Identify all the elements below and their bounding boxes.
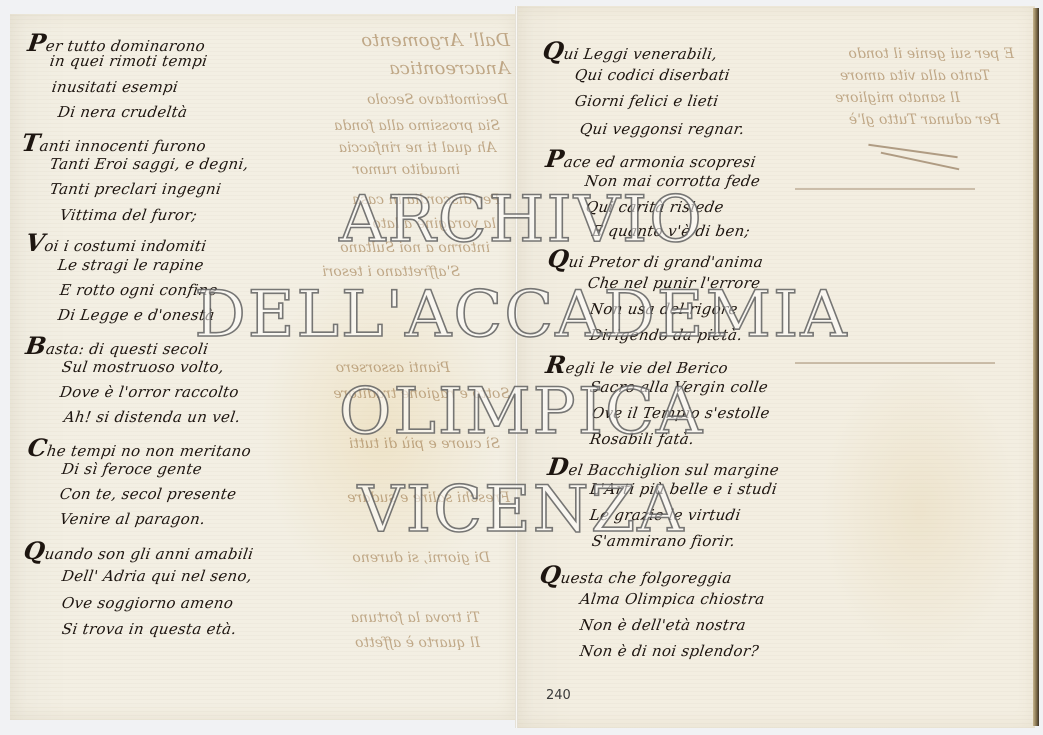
poem-line: Con te, secol presente <box>59 485 238 503</box>
poem-line: Tanti innocenti furono <box>20 128 209 157</box>
poem-line: Non è di noi splendor? <box>579 642 760 660</box>
margin-stroke <box>795 362 995 364</box>
poem-line: Sul mostruoso volto, <box>61 358 226 376</box>
left-bleed-through: Dall' Argomento Anacreontica Decimottavo… <box>260 20 520 660</box>
bleed-line: Sia prossimo alla fonda <box>334 118 500 134</box>
poem-line: Non usa del rigore <box>589 300 739 318</box>
margin-stroke <box>795 188 975 190</box>
bleed-line: Freschi salire e sudare <box>347 490 510 506</box>
poem-line: Non mai corrotta fede <box>584 172 762 190</box>
bleed-line: la voragine a lato <box>372 216 496 232</box>
poem-line: Giorni felici e lieti <box>574 92 720 110</box>
bleed-line: Sotto e ragione traditore <box>333 386 510 402</box>
bleed-line: Pianti assorsero <box>336 360 450 376</box>
poem-line: Sacro alla Vergin colle <box>589 378 770 396</box>
poem-line: Si trova in questa età. <box>61 620 238 638</box>
bleed-line: Decimottavo Secolo <box>367 92 508 108</box>
poem-line: S'ammirano fiorir. <box>591 532 737 550</box>
bleed-line: Per discordia in casa <box>352 192 500 208</box>
bleed-line: S'affrettano i tesori <box>322 264 460 280</box>
poem-line: Ah! si distenda un vel. <box>63 408 242 426</box>
poem-line: Qui Leggi venerabili, <box>541 36 720 65</box>
poem-line: L'Arti più belle e i studi <box>589 480 779 498</box>
poem-line: Dove è l'orror raccolto <box>59 383 240 401</box>
poem-line: Regli le vie del Berico <box>544 350 730 379</box>
bleed-line: Ah qual ti ne rinfaccia <box>339 140 496 156</box>
poem-line: Alma Olimpica chiostra <box>579 590 766 608</box>
bleed-line: Per adunar Tutto gl'è <box>849 112 1000 128</box>
poem-line: Non è dell'età nostra <box>579 616 747 634</box>
poem-line: inusitati esempi <box>51 78 180 96</box>
poem-line: Ove soggiorno ameno <box>61 594 235 612</box>
bleed-line: Sì cuore e più di tutti <box>349 436 500 452</box>
poem-line: Dell' Adria qui nel seno, <box>61 567 253 585</box>
poem-line: Venire al paragon. <box>59 510 207 528</box>
folio-number: 240 <box>546 688 571 703</box>
poem-line: Quando son gli anni amabili <box>22 536 256 565</box>
poem-line: Di nera crudeltà <box>57 103 189 121</box>
poem-line: Qui carità risiede <box>585 198 725 216</box>
poem-line: Tanti preclari ingegni <box>49 180 223 198</box>
poem-line: Le stragi le rapine <box>57 256 205 274</box>
poem-line: Di Legge e d'onestà <box>57 306 216 324</box>
right-bleed-through: E per sui genie il tondo Tanto alla vita… <box>800 40 1020 160</box>
bleed-line: Il quarto è affetto <box>355 635 480 651</box>
poem-line: Ove il Tempio s'estolle <box>591 404 771 422</box>
bleed-line: Di giorni, si dureno <box>352 550 490 566</box>
poem-line: Dirigendo da pietà. <box>589 326 744 344</box>
poem-line: Basta: di questi secoli <box>24 331 211 360</box>
page-edge <box>1033 8 1039 726</box>
bleed-line: Dall' Argomento <box>361 30 510 51</box>
poem-line: E rotto ogni confine <box>59 281 219 299</box>
poem-line: Rosabili fatà. <box>589 430 696 448</box>
bleed-line: Tanto alla vita amore <box>840 68 990 84</box>
poem-line: Questa che folgoreggia <box>538 560 734 589</box>
poem-line: E quanto v'è di ben; <box>591 222 752 240</box>
poem-line: Pace ed armonia scopresi <box>544 144 758 173</box>
poem-line: Tanti Eroi saggi, e degni, <box>49 155 250 173</box>
poem-line: Di sì feroce gente <box>61 460 204 478</box>
poem-line: in quei rimoti tempi <box>49 52 209 70</box>
poem-line: Che tempi no non meritano <box>26 433 254 462</box>
poem-line: Qui Pretor di grand'anima <box>546 244 766 273</box>
bleed-line: E per sui genie il tondo <box>848 46 1014 62</box>
poem-line: Del Bacchiglion sul margine <box>546 452 782 481</box>
poem-line: Qui codici diserbati <box>574 66 731 84</box>
bleed-line: inaudito rumor <box>353 162 460 178</box>
poem-line: Qui veggonsi regnar. <box>579 120 746 138</box>
bleed-line: Il sanato migliore <box>835 90 960 106</box>
bleed-line: Anacreontica <box>389 58 510 79</box>
poem-line: Le grazie le virtudi <box>589 506 742 524</box>
bleed-line: Ti trova la fortuna <box>351 610 480 626</box>
bleed-line: intorno a noi Sultano <box>340 240 490 256</box>
paper-stain <box>820 360 1020 660</box>
poem-line: Vittima del furor; <box>59 206 199 224</box>
poem-line: Voi i costumi indomiti <box>24 228 209 257</box>
manuscript-scan: Dall' Argomento Anacreontica Decimottavo… <box>0 0 1043 735</box>
poem-line: Che nel punir l'errore <box>587 274 762 292</box>
